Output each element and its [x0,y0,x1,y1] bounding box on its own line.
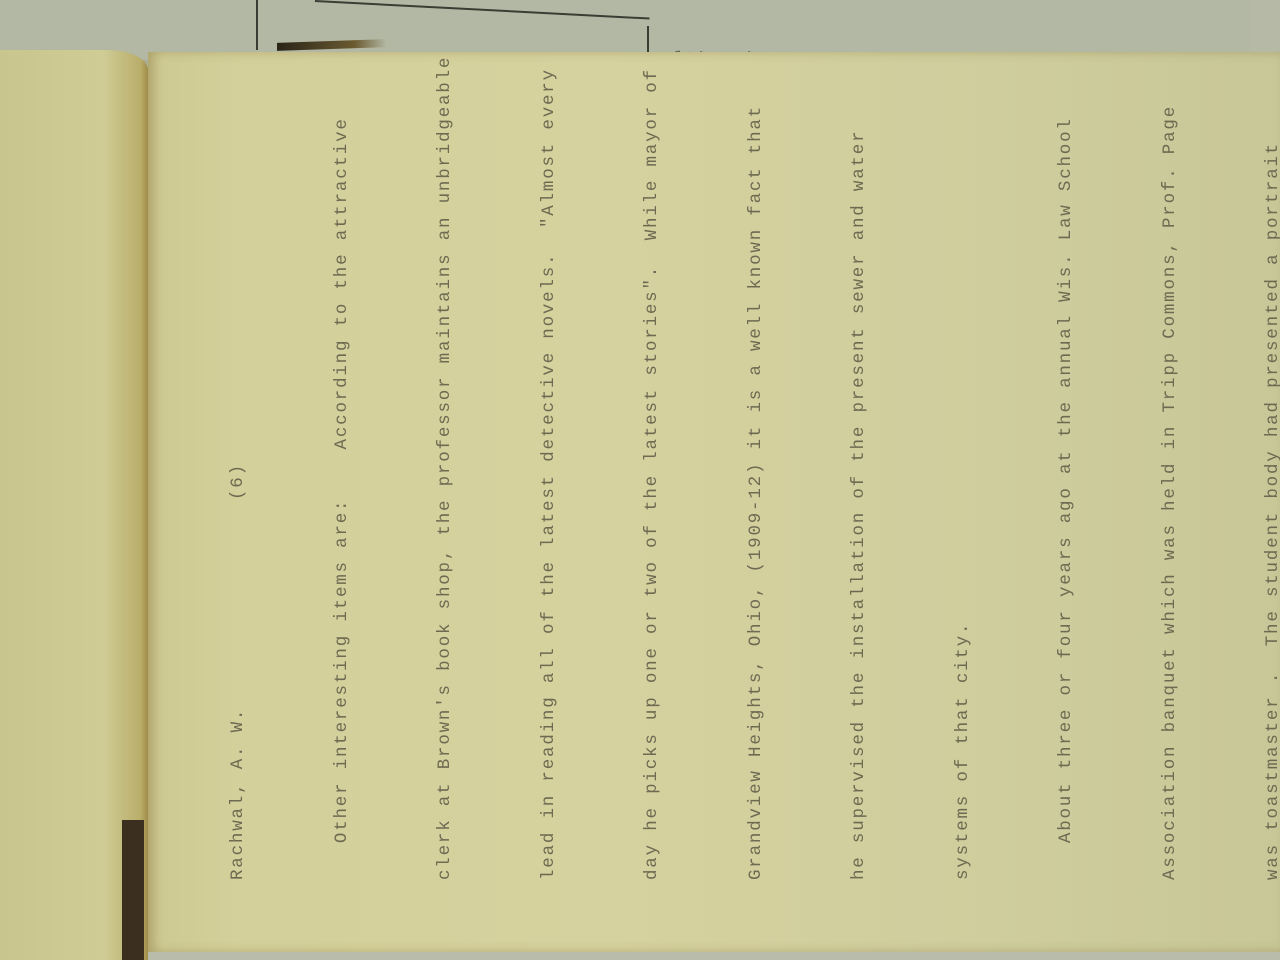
text-line: he supervised the installation of the pr… [842,80,877,880]
frame-edge [256,0,258,50]
page-number: (6) [221,463,256,500]
text-line: About three or four years ago at the ann… [1049,80,1084,880]
binding-gap [122,820,144,960]
typed-document-body: Rachwal, A. W.(6) Other interesting item… [152,80,1280,880]
text-line: Grandview Heights, Ohio, (1909-12) it is… [739,80,774,880]
frame-edge [647,26,649,52]
text-line: Association banquet which was held in Tr… [1153,80,1188,880]
text-line: Other interesting items are: According t… [325,80,360,880]
text-line: systems of that city. [946,80,981,880]
author-name: Rachwal, A. W. [228,708,248,880]
background-surface [0,0,1280,60]
text-line: lead in reading all of the latest detect… [532,80,567,880]
text-line: was toastmaster . The student body had p… [1256,80,1280,880]
page-header: Rachwal, A. W.(6) [221,80,256,880]
text-line: clerk at Brown's book shop, the professo… [428,80,463,880]
text-line: day he picks up one or two of the latest… [635,80,670,880]
